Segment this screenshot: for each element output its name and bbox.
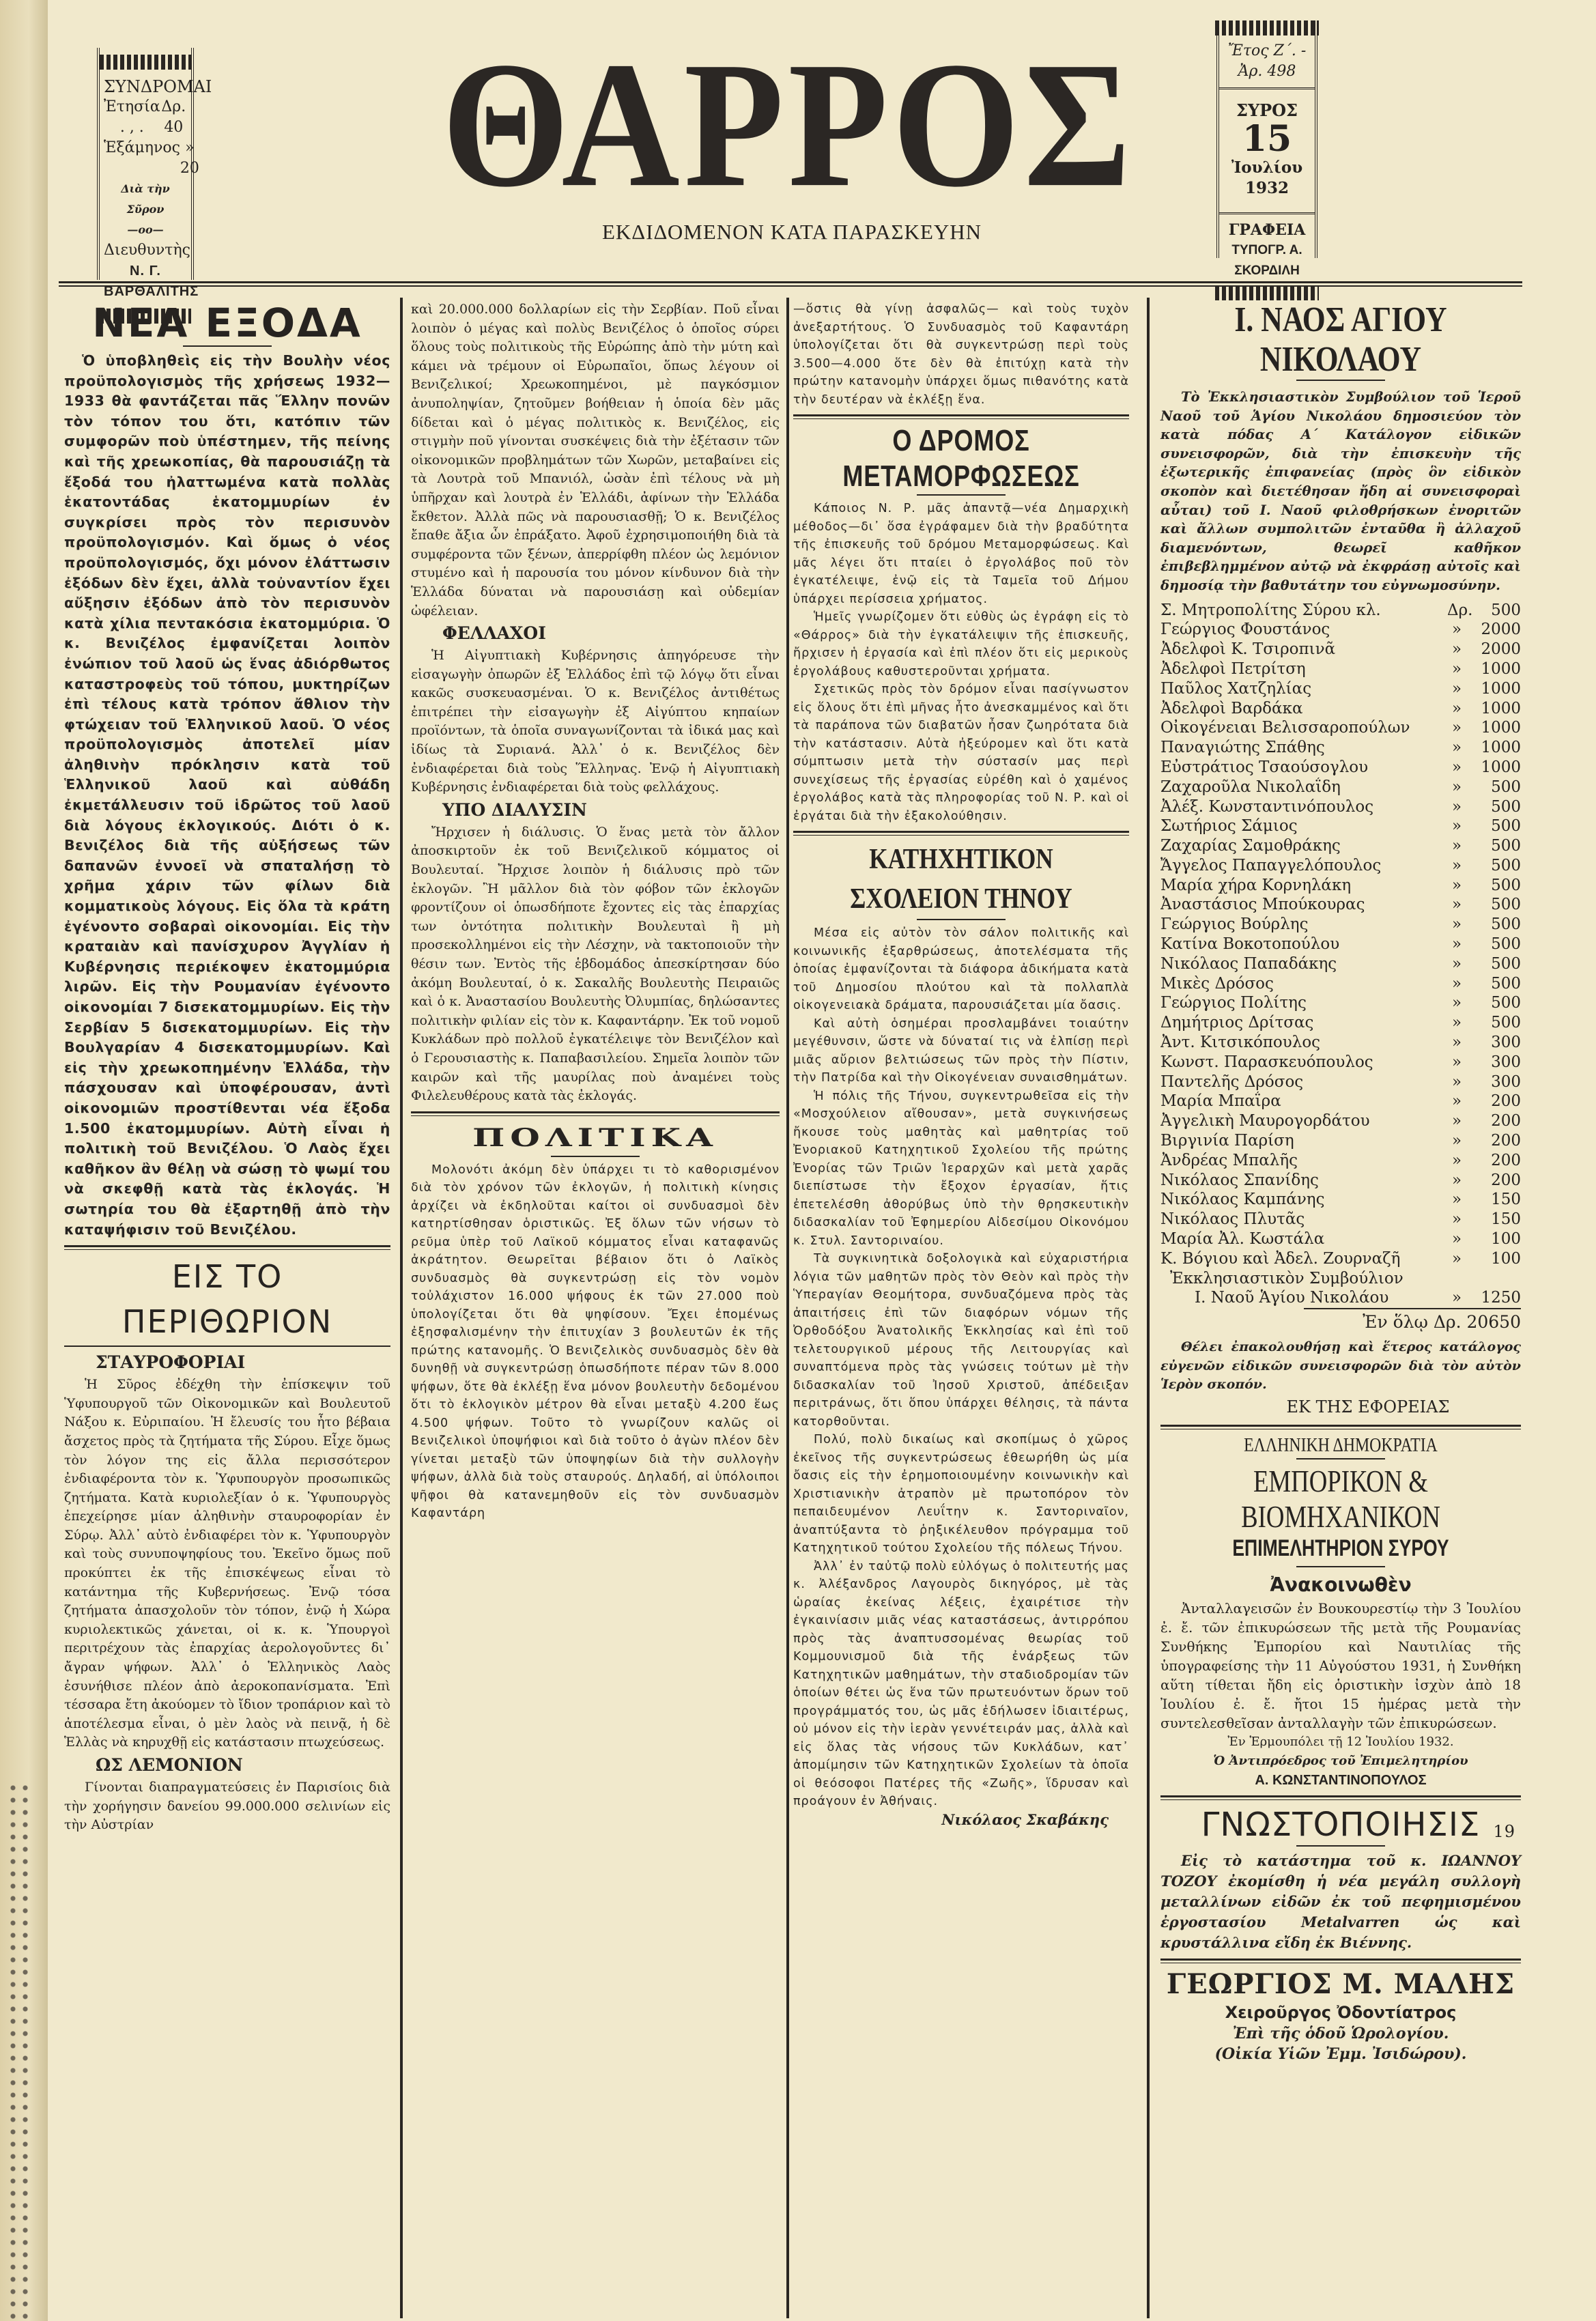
donor-row: Βιργινία Παρίση»200 — [1160, 1131, 1521, 1151]
article-paragraph: Πολύ, πολὺ δικαίως καὶ σκοπίμως ὁ χῶρος … — [793, 1431, 1129, 1558]
donor-row: Κ. Βόγιου καὶ Ἀδελ. Ζουρναζῆ»100 — [1160, 1249, 1521, 1269]
subhead-lemonion: ΩΣ ΛΕΜΟΝΙΟΝ — [64, 1754, 390, 1777]
donor-row: Μικὲς Δρόσος»500 — [1160, 974, 1521, 994]
donor-row: Παναγιώτης Σπάθης»1000 — [1160, 738, 1521, 758]
issue-info-box: Ἔτος Ζ΄. - Ἀρ. 498 ΣΥΡΟΣ 15 Ἰουλίου 1932… — [1216, 20, 1317, 258]
donor-row: Γεώργιος Πολίτης»500 — [1160, 993, 1521, 1013]
notice-title: Ἀνακοινωθὲν — [1160, 1571, 1521, 1599]
director-label: Διευθυντὴς — [104, 240, 187, 261]
headline-dromos: Ο ΔΡΟΜΟΣ ΜΕΤΑΜΟΡΦΩΣΕΩΣ — [823, 423, 1098, 494]
donor-row: Ζαχαροῦλα Νικολαΐδη»500 — [1160, 778, 1521, 797]
article-paragraph: Καὶ αὐτὴ ὁσημέραι προσλαμβάνει τοιαύτην … — [793, 1015, 1129, 1087]
notice-signer-name: Α. ΚΩΝΣΤΑΝΤΙΝΟΠΟΥΛΟΣ — [1160, 1771, 1521, 1790]
headline-nea-exoda: ΝΕΑ ΕΞΟΔΑ — [64, 300, 390, 345]
donor-row: Ἀλέξ. Κωνσταντινόπουλος»500 — [1160, 797, 1521, 817]
offices-place: ΤΥΠΟΓΡ. Α. ΣΚΟΡΔΙΛΗ — [1219, 240, 1315, 281]
newspaper-title: ΘΑΡΡΟΣ — [427, 34, 1150, 214]
column-rule-3 — [1147, 298, 1150, 2318]
headline-tinos: ΚΑΤΗΧΗΤΙΚΟΝ ΣΧΟΛΕΙΟΝ ΤΗΝΟΥ — [820, 840, 1102, 919]
donor-row: Γεώργιος Φουστάνος»2000 — [1160, 620, 1521, 640]
donor-row: Ζαχαρίας Σαμοθράκης»500 — [1160, 836, 1521, 856]
donor-row: Ἀδελφοὶ Κ. Τσιροπινᾶ»2000 — [1160, 640, 1521, 659]
donor-row: Οἰκογένειαι Βελισσαροπούλων»1000 — [1160, 718, 1521, 738]
notice-body: Ἀνταλλαγεισῶν ἐν Βουκουρεστίῳ τὴν 3 Ἰουλ… — [1160, 1599, 1521, 1733]
donor-row: Παντελῆς Δρόσος»300 — [1160, 1072, 1521, 1092]
greek-key-ornament-bottom — [1215, 285, 1319, 300]
donor-row: Κωνστ. Παρασκευόπουλος»300 — [1160, 1053, 1521, 1072]
headline-perithorion: ΕΙΣ ΤΟ ΠΕΡΙΘΩΡΙΟΝ — [64, 1254, 390, 1344]
donor-row: Κατίνα Βοκοτοπούλου»500 — [1160, 935, 1521, 954]
headline-politika: ΠΟΛΙΤΙΚΑ — [411, 1125, 780, 1150]
article-body: Ὁ ὑποβληθεὶς εἰς τὴν Βουλὴν νέος προϋπολ… — [64, 351, 390, 1240]
page-gutter — [0, 0, 48, 2321]
semiannual-price-row: Ἑξάμηνος » 20 — [104, 138, 187, 179]
chamber-sub: ΕΠΙΜΕΛΗΤΗΡΙΟΝ ΣΥΡΟΥ — [1200, 1535, 1481, 1562]
donor-list: Σ. Μητροπολίτης Σύρου κλ.Δρ.500 Γεώργιος… — [1160, 601, 1521, 1309]
ad-number: 19 — [1493, 1811, 1515, 1852]
article-tinos: ΚΑΤΗΧΗΤΙΚΟΝ ΣΧΟΛΕΙΟΝ ΤΗΝΟΥ Μέσα εἰς αὐτὸ… — [793, 840, 1129, 1828]
column-3: —ὅστις θὰ γίνῃ ἀσφαλῶς— καὶ τοὺς τυχὸν ἀ… — [793, 300, 1129, 1828]
subscriptions-box: ΣΥΝΔΡΟΜΑΙ Ἐτησία . , . Δρ. 40 Ἑξάμηνος »… — [97, 48, 194, 280]
donor-row: Ἄγγελος Παπαγγελόπουλος»500 — [1160, 856, 1521, 876]
subhead-dialysin: ΥΠΟ ΔΙΑΛΥΣΙΝ — [411, 799, 780, 822]
article-body: Γίνονται διαπραγματεύσεις ἐν Παρισίοις δ… — [64, 1778, 390, 1835]
dentist-address: Ἐπὶ τῆς ὁδοῦ Ὡρολογίου. — [1160, 2023, 1521, 2044]
divider — [1296, 1458, 1385, 1459]
divider: —oo— — [104, 220, 187, 240]
donor-row: Δημήτριος Δρίτσας»500 — [1160, 1013, 1521, 1033]
headline-underline — [917, 494, 1006, 496]
article-body: Ἡ Σῦρος ἐδέχθη τὴν ἐπίσκεψιν τοῦ Ὑφυπουρ… — [64, 1376, 390, 1752]
divider — [1296, 1566, 1385, 1567]
article-paragraph: Ἀλλ᾿ ἐν ταὐτῷ πολὺ εὐλόγως ὁ πολιτευτής … — [793, 1558, 1129, 1811]
semiannual-label: Ἑξάμηνος — [104, 138, 180, 179]
masthead-rule — [59, 281, 1522, 287]
notice-signer-title: Ὁ Ἀντιπρόεδρος τοῦ Ἐπιμελητηρίου — [1160, 1752, 1521, 1771]
semiannual-price: » 20 — [180, 138, 199, 179]
donor-row: Ἀγγελικὴ Μαυρογορδάτου»200 — [1160, 1111, 1521, 1131]
article-paragraph: Μέσα εἰς αὐτὸν τὸν σάλον πολιτικῆς καὶ κ… — [793, 924, 1129, 1015]
article-paragraph: Ἡ πόλις τῆς Τήνου, συγκεντρωθεῖσα εἰς τὴ… — [793, 1087, 1129, 1251]
chamber-name: ΕΜΠΟΡΙΚΟΝ & ΒΙΟΜΗΧΑΝΙΚΟΝ — [1197, 1464, 1485, 1535]
offices-label: ΓΡΑΦΕΙΑ — [1219, 220, 1315, 240]
greek-key-ornament-top — [1215, 20, 1319, 35]
donor-row: Ἀνδρέας Μπαλῆς»200 — [1160, 1151, 1521, 1171]
section-divider — [793, 831, 1129, 836]
headline-underline — [64, 1345, 390, 1347]
donor-row: Ἀδελφοὶ Πετρίτση»1000 — [1160, 659, 1521, 679]
gnostopoiisis-body: Εἰς τὸ κατάστημα τοῦ κ. ΙΩΑΝΝΟΥ ΤΟΖΟΥ ἐκ… — [1160, 1851, 1521, 1953]
article-nea-exoda: ΝΕΑ ΕΞΟΔΑ Ὁ ὑποβληθεὶς εἰς τὴν Βουλὴν νέ… — [64, 300, 390, 1240]
dentist-name: ΓΕΩΡΓΙΟΣ Μ. ΜΑΛΗΣ — [1160, 1967, 1521, 2002]
donor-row: Γεώργιος Βούρλης»500 — [1160, 915, 1521, 935]
divider — [1296, 1845, 1385, 1847]
section-divider — [793, 414, 1129, 419]
section-divider — [64, 1245, 390, 1250]
donor-row: Νικόλαος Πλυτᾶς»150 — [1160, 1210, 1521, 1229]
chamber-notice: ΕΛΛΗΝΙΚΗ ΔΗΜΟΚΡΑΤΙΑ ΕΜΠΟΡΙΚΟΝ & ΒΙΟΜΗΧΑΝ… — [1160, 1434, 1521, 1790]
section-divider — [1160, 1795, 1521, 1800]
notice-place-date: Ἐν Ἑρμουπόλει τῇ 12 Ἰουλίου 1932. — [1160, 1733, 1521, 1752]
donor-row: Νικόλαος Παπαδάκης»500 — [1160, 954, 1521, 974]
subhead-staurofoiriai: ΣΤΑΥΡΟΦΟΡΙΑΙ — [64, 1351, 390, 1374]
annual-price-row: Ἐτησία . , . Δρ. 40 — [104, 97, 187, 138]
dentist-house: (Οἰκία Υἱῶν Ἐμμ. Ἰσιδώρου). — [1160, 2044, 1521, 2064]
article-paragraph: Σχετικῶς πρὸς τὸν δρόμον εἶναι πασίγνωστ… — [793, 681, 1129, 825]
article-perithorion: ΕΙΣ ΤΟ ΠΕΡΙΘΩΡΙΟΝ ΣΤΑΥΡΟΦΟΡΙΑΙ Ἡ Σῦρος ἐ… — [64, 1254, 390, 1835]
article-body: Ἡ Αἰγυπτιακὴ Κυβέρνησις ἀπηγόρευσε τὴν ε… — [411, 646, 780, 797]
article-paragraph: Ἡμεῖς γνωρίζομεν ὅτι εὐθὺς ὡς ἐγράφη εἰς… — [793, 608, 1129, 681]
article-body-continued: καὶ 20.000.000 δολλαρίων εἰς τὴν Σερβίαν… — [411, 300, 780, 621]
article-signature: Νικόλαος Σκαβάκης — [793, 1811, 1129, 1828]
dentist-title: Χειροῦργος Ὀδοντίατρος — [1160, 2002, 1521, 2023]
gnostopoiisis-ad: ΓΝΩΣΤΟΠΟΙΗΣΙΣ 19 Εἰς τὸ κατάστημα τοῦ κ.… — [1160, 1804, 1521, 1953]
newspaper-subtitle: ΕΚΔΙΔΟΜΕΝΟΝ ΚΑΤΑ ΠΑΡΑΣΚΕΥΗΝ — [567, 220, 1017, 244]
article-politika: ΠΟΛΙΤΙΚΑ Μολονότι ἀκόμη δὲν ὑπάρχει τι τ… — [411, 1120, 780, 1523]
donor-row: Μαρία Ἀλ. Κωστάλα»100 — [1160, 1229, 1521, 1249]
donor-row-council: Ι. Ναοῦ Ἁγίου Νικολάου»1250 — [1160, 1288, 1521, 1308]
article-paragraph: Κάποιος Ν. Ρ. μᾶς ἀπαντᾷ—νέα Δημαρχικὴ μ… — [793, 500, 1129, 608]
issue-day: 15 — [1221, 121, 1313, 158]
subhead-fellachoi: ΦΕΛΛΑΧΟΙ — [411, 622, 780, 645]
annual-price: Δρ. 40 — [160, 97, 187, 138]
ephoreia-signature: ΕΚ ΤΗΣ ΕΦΟΡΕΙΑΣ — [1160, 1395, 1521, 1419]
issue-month-year: Ἰουλίου 1932 — [1221, 158, 1313, 199]
issue-date: ΣΥΡΟΣ 15 Ἰουλίου 1932 — [1219, 89, 1315, 214]
article-dromos: Ο ΔΡΟΜΟΣ ΜΕΤΑΜΟΡΦΩΣΕΩΣ Κάποιος Ν. Ρ. μᾶς… — [793, 423, 1129, 825]
ornamental-border-strip — [7, 1782, 31, 2321]
donor-row: Νικόλαος Καμπάνης»150 — [1160, 1190, 1521, 1210]
donor-row: Σ. Μητροπολίτης Σύρου κλ.Δρ.500 — [1160, 601, 1521, 621]
followup-note: Θέλει ἐπακολουθήσῃ καὶ ἕτερος κατάλογος … — [1160, 1338, 1521, 1395]
article-paragraph: Τὰ συγκινητικὰ δοξολογικὰ καὶ εὐχαριστήρ… — [793, 1250, 1129, 1431]
dentist-ad: ΓΕΩΡΓΙΟΣ Μ. ΜΑΛΗΣ Χειροῦργος Ὀδοντίατρος… — [1160, 1967, 1521, 2064]
donations-total: Ἐν ὅλῳ Δρ. 20650 — [1304, 1308, 1521, 1335]
section-divider — [1160, 1959, 1521, 1963]
headline-underline — [1296, 380, 1385, 381]
donor-row-council: Ἐκκλησιαστικὸν Συμβούλιον — [1160, 1269, 1521, 1289]
offices: ΓΡΑΦΕΙΑ ΤΥΠΟΓΡ. Α. ΣΚΟΡΔΙΛΗ — [1219, 214, 1315, 281]
headline-underline — [917, 919, 1006, 920]
article-body: Ἤρχισεν ἡ διάλυσις. Ὁ ἕνας μετὰ τὸν ἄλλο… — [411, 823, 780, 1106]
headline-underline — [551, 1156, 640, 1157]
gnostopoiisis-title: ΓΝΩΣΤΟΠΟΙΗΣΙΣ 19 — [1160, 1804, 1521, 1845]
donor-row: Ἀντ. Κιτσικόπουλος»300 — [1160, 1033, 1521, 1053]
donor-row: Ἀδελφοὶ Βαρδάκα»1000 — [1160, 699, 1521, 719]
syros-note: Διὰ τὴν Σῦρον — [104, 179, 187, 220]
column-rule-1 — [400, 298, 403, 2318]
column-4: Ι. ΝΑΟΣ ΑΓΙΟΥ ΝΙΚΟΛΑΟΥ Τὸ Ἐκκλησιαστικὸν… — [1160, 300, 1521, 2064]
section-divider — [411, 1111, 780, 1116]
column-1: ΝΕΑ ΕΞΟΔΑ Ὁ ὑποβληθεὶς εἰς τὴν Βουλὴν νέ… — [64, 300, 390, 1835]
donor-row: Μαρία χήρα Κορνηλάκη»500 — [1160, 876, 1521, 896]
article-body-continued: —ὅστις θὰ γίνῃ ἀσφαλῶς— καὶ τοὺς τυχὸν ἀ… — [793, 300, 1129, 409]
annual-label: Ἐτησία . , . — [104, 97, 160, 138]
donor-row: Παῦλος Χατζηλίας»1000 — [1160, 679, 1521, 699]
donor-row: Νικόλαος Σπανίδης»200 — [1160, 1171, 1521, 1191]
column-2: καὶ 20.000.000 δολλαρίων εἰς τὴν Σερβίαν… — [411, 300, 780, 1523]
article-naos: Ι. ΝΑΟΣ ΑΓΙΟΥ ΝΙΚΟΛΑΟΥ Τὸ Ἐκκλησιαστικὸν… — [1160, 300, 1521, 1419]
donor-row: Ἀναστάσιος Μπούκουρας»500 — [1160, 895, 1521, 915]
donor-row: Μαρία Μπαΐρα»200 — [1160, 1092, 1521, 1111]
article-body: Μολονότι ἀκόμη δὲν ὑπάρχει τι τὸ καθορισ… — [411, 1161, 780, 1523]
donor-row: Εὐστράτιος Τσαούσογλου»1000 — [1160, 758, 1521, 778]
issue-number: Ἔτος Ζ΄. - Ἀρ. 498 — [1219, 35, 1315, 89]
republic-label: ΕΛΛΗΝΙΚΗ ΔΗΜΟΚΡΑΤΙΑ — [1188, 1434, 1494, 1458]
column-rule-2 — [786, 298, 789, 2318]
greek-key-ornament-top — [100, 55, 191, 70]
donor-row: Σωτήριος Σάμιος»500 — [1160, 816, 1521, 836]
masthead: ΣΥΝΔΡΟΜΑΙ Ἐτησία . , . Δρ. 40 Ἑξάμηνος »… — [48, 0, 1596, 294]
headline-naos: Ι. ΝΑΟΣ ΑΓΙΟΥ ΝΙΚΟΛΑΟΥ — [1189, 300, 1492, 380]
naos-intro: Τὸ Ἐκκλησιαστικὸν Συμβούλιον τοῦ Ἱεροῦ Ν… — [1160, 388, 1521, 595]
subscriptions-heading: ΣΥΝΔΡΟΜΑΙ — [104, 76, 187, 97]
section-divider — [1160, 1425, 1521, 1429]
